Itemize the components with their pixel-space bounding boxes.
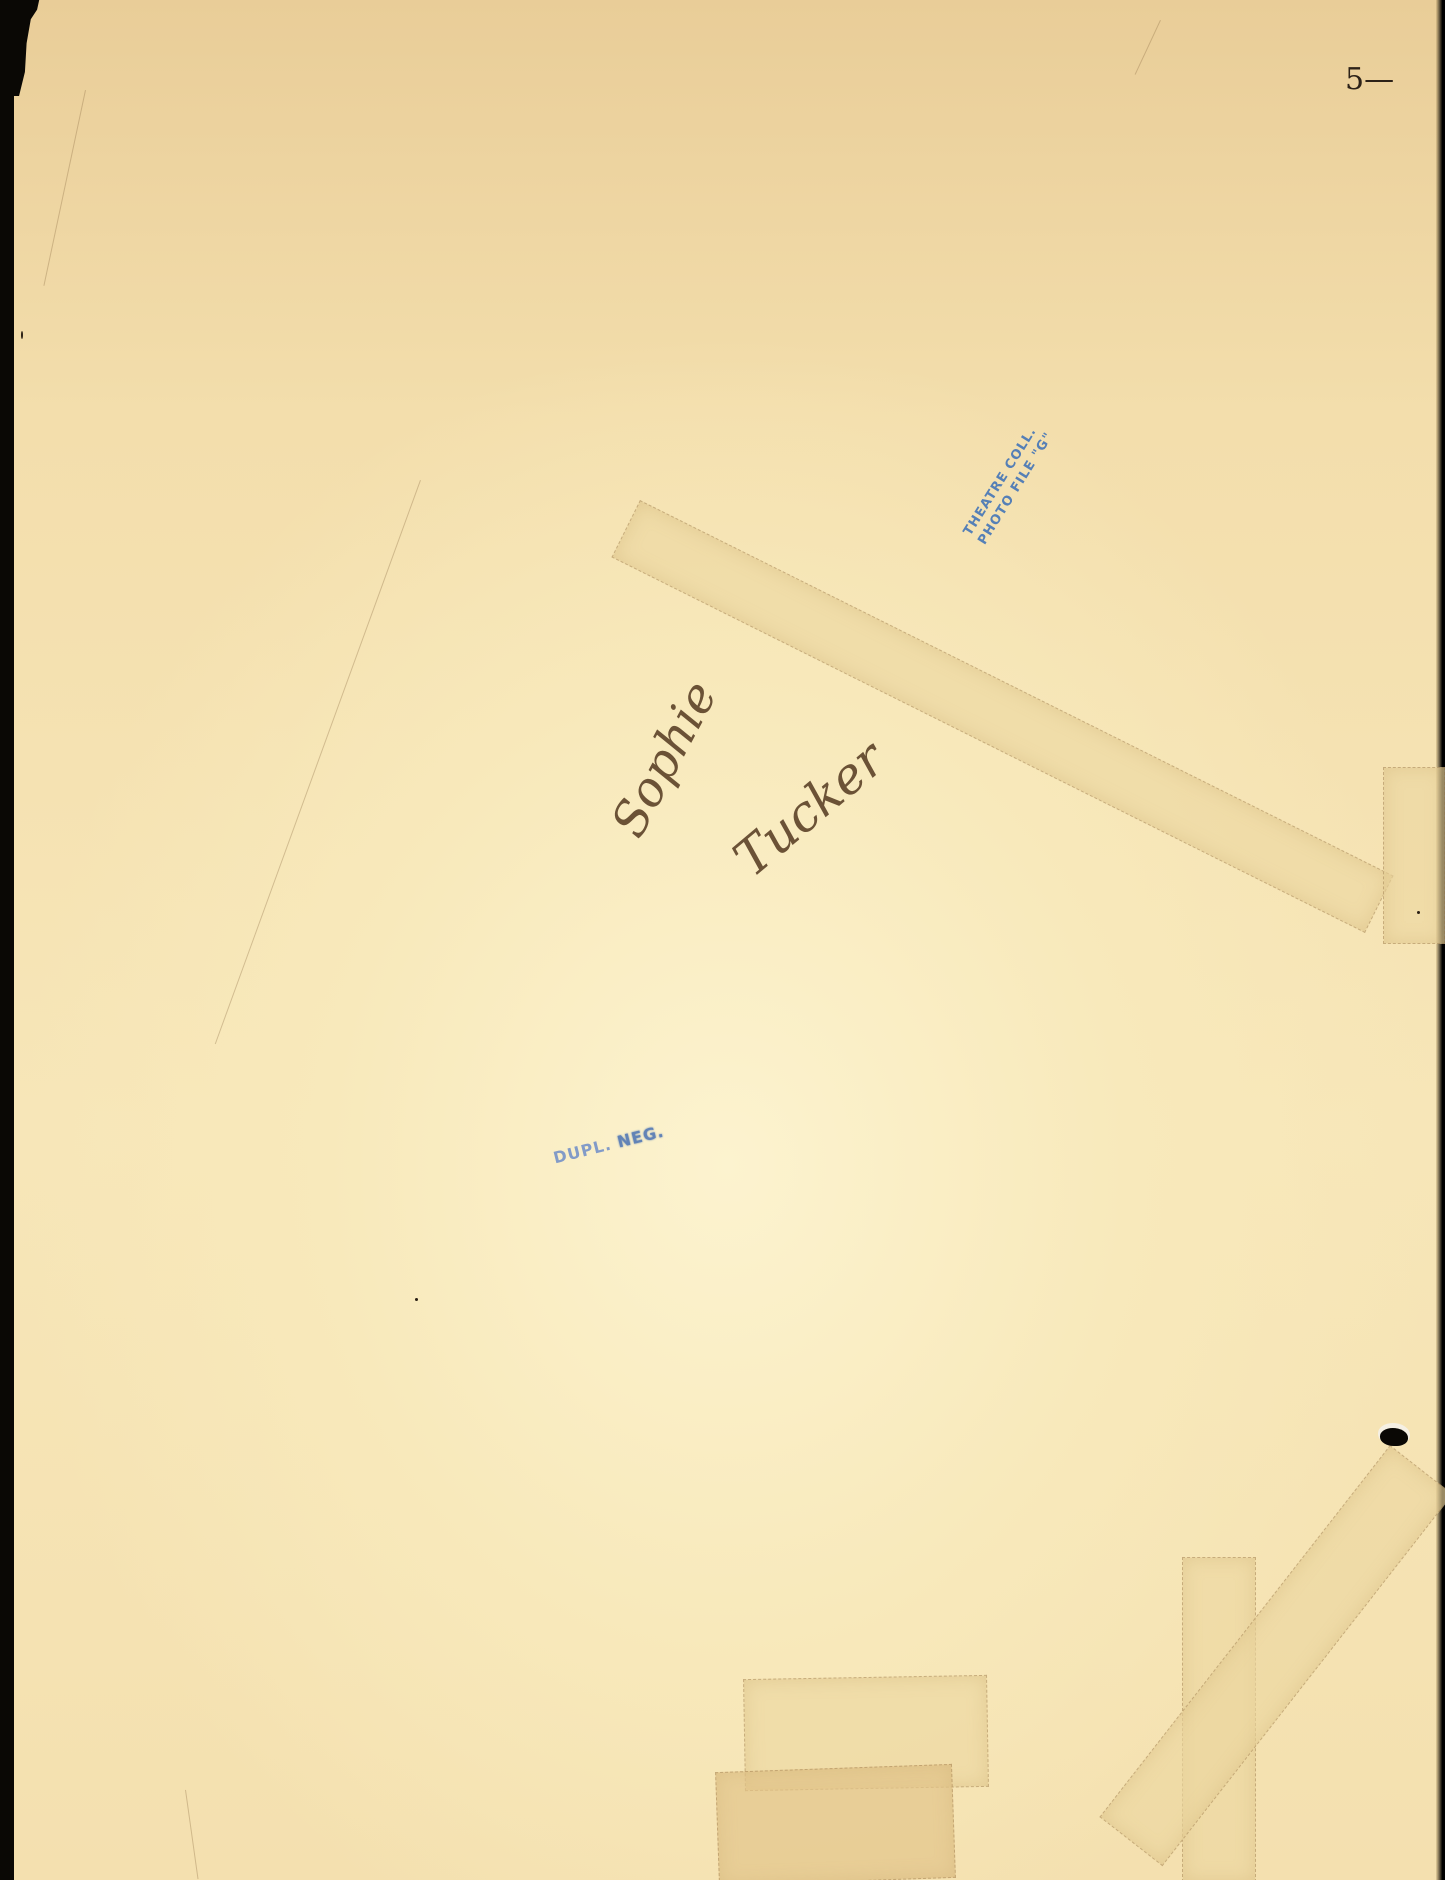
ink-fleck (415, 1298, 418, 1301)
punch-hole (1380, 1428, 1408, 1446)
handwritten-page-mark: 5— (1345, 62, 1394, 97)
ink-fleck (21, 331, 23, 339)
tape-right-edge (1383, 767, 1445, 944)
ink-fleck (1417, 911, 1420, 914)
tape-bottom-left-lower (715, 1764, 956, 1880)
